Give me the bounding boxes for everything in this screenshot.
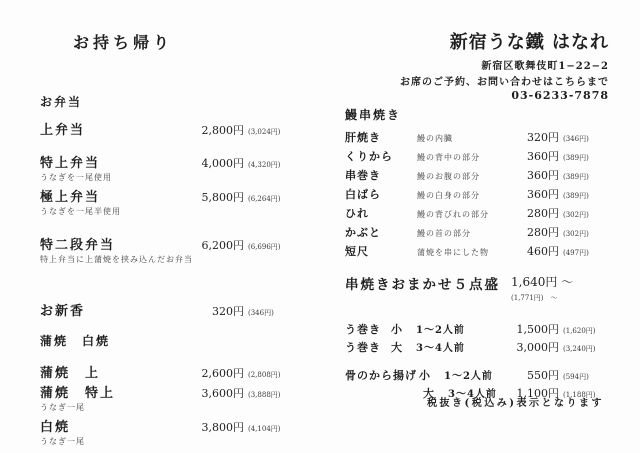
price-main: 5,800円 bbox=[192, 189, 244, 205]
item-note: うなぎを一尾半使用 bbox=[40, 206, 294, 217]
skewer-row-kabuto: かぶと 鰻の首の部分 280円 (302円) bbox=[345, 224, 609, 240]
item-name: う巻き bbox=[345, 321, 381, 337]
umaki-small-row: う巻き 小 1～2人前 1,500円 (1,620円) bbox=[345, 321, 609, 337]
price-tax-included: (389円) bbox=[559, 172, 609, 182]
takeout-menu-page: お持ち帰り お弁当 上弁当 2,800円 (3,024円) 特上弁当 4,000… bbox=[0, 0, 640, 453]
item-note: うなぎを一尾使用 bbox=[40, 172, 294, 183]
price-main: 3,000円 bbox=[507, 339, 559, 355]
takeout-title: お持ち帰り bbox=[73, 30, 294, 53]
item-description: 鰻の背中の部分 bbox=[417, 152, 507, 163]
item-price: 3,000円 (3,240円) bbox=[507, 339, 609, 355]
shop-name: 新宿うな鐵 はなれ bbox=[345, 28, 609, 54]
restaurant-column: 新宿うな鐵 はなれ 新宿区歌舞伎町1−22−2 お席のご予約、お問い合わせはこち… bbox=[345, 28, 609, 401]
item-price: 6,200円 (6,696円) bbox=[192, 237, 294, 253]
price-tax-included: (6,696円) bbox=[244, 242, 294, 252]
shop-phone-number: 03-6233-7878 bbox=[345, 89, 609, 102]
item-price: 320円 (346円) bbox=[192, 303, 294, 319]
item-name: 肝焼き bbox=[345, 129, 417, 145]
item-name: かぶと bbox=[345, 224, 417, 240]
price-main: 2,800円 bbox=[192, 122, 244, 138]
size-label: 小 bbox=[419, 367, 430, 383]
price-tax-included: (302円) bbox=[559, 229, 609, 239]
item-description: 鰻の内臓 bbox=[417, 133, 507, 144]
price-main: 360円 bbox=[507, 148, 559, 164]
bento-section-heading: お弁当 bbox=[40, 93, 294, 110]
price-tax-included: (302円) bbox=[559, 210, 609, 220]
price-main: 3,800円 bbox=[192, 419, 244, 435]
shop-address: 新宿区歌舞伎町1−22−2 bbox=[345, 57, 609, 72]
item-price: 2,600円 (2,808円) bbox=[192, 365, 294, 381]
skewer-row-shirobara: 白ばら 鰻の白身の部分 360円 (389円) bbox=[345, 186, 609, 202]
item-price: 2,800円 (3,024円) bbox=[192, 122, 294, 138]
item-description: 鰻の白身の部分 bbox=[417, 190, 507, 201]
item-name: 串巻き bbox=[345, 167, 417, 183]
item-price: 5,800円 (6,264円) bbox=[192, 189, 294, 205]
menu-item-row-oshinko: お新香 320円 (346円) bbox=[40, 300, 294, 319]
skewer-row-hire: ひれ 鰻の背びれの部分 280円 (302円) bbox=[345, 205, 609, 221]
price-tax-included: (4,104円) bbox=[244, 424, 294, 434]
price-tax-included: (594円) bbox=[559, 372, 609, 382]
kushiyaki-section-heading: 鰻串焼き bbox=[345, 106, 609, 123]
price-main: 6,200円 bbox=[192, 237, 244, 253]
price-main: 4,000円 bbox=[192, 155, 244, 171]
shop-contact-note: お席のご予約、お問い合わせはこちらまで bbox=[345, 73, 609, 88]
skewer-row-kushimaki: 串巻き 鰻のお腹の部分 360円 (389円) bbox=[345, 167, 609, 183]
menu-item-row-tokunidan-bento: 特二段弁当 6,200円 (6,696円) bbox=[40, 234, 294, 253]
serving-label: 1～2人前 bbox=[416, 321, 465, 336]
price-main: 2,600円 bbox=[192, 365, 244, 381]
item-name: お新香 bbox=[40, 300, 85, 319]
item-note: うなぎ一尾 bbox=[40, 436, 294, 447]
price-tax-included: (1,771円) ～ bbox=[511, 293, 609, 303]
item-name: 特上弁当 bbox=[40, 152, 100, 171]
skewer-row-kurikara: くりから 鰻の背中の部分 360円 (389円) bbox=[345, 148, 609, 164]
tax-display-note: 税抜き(税込み)表示となります bbox=[0, 394, 604, 409]
price-tax-included: (6,264円) bbox=[244, 194, 294, 204]
item-name: くりから bbox=[345, 148, 417, 164]
item-name: 短尺 bbox=[345, 243, 417, 259]
item-price: 1,500円 (1,620円) bbox=[507, 321, 609, 337]
shop-header: 新宿うな鐵 はなれ 新宿区歌舞伎町1−22−2 お席のご予約、お問い合わせはこち… bbox=[345, 28, 609, 102]
item-price: 280円 (302円) bbox=[507, 205, 609, 221]
item-description: 鰻のお腹の部分 bbox=[417, 171, 507, 182]
item-note: 特上弁当に上蒲焼を挟み込んだお弁当 bbox=[40, 254, 294, 265]
item-price: 3,800円 (4,104円) bbox=[192, 419, 294, 435]
price-main: 460円 bbox=[507, 243, 559, 259]
price-main: 360円 bbox=[507, 167, 559, 183]
item-price: 360円 (389円) bbox=[507, 167, 609, 183]
price-main: 320円 bbox=[192, 303, 244, 319]
item-description: 鰻の背びれの部分 bbox=[417, 209, 507, 220]
skewer-row-kimoyaki: 肝焼き 鰻の内臓 320円 (346円) bbox=[345, 129, 609, 145]
item-name: 特二段弁当 bbox=[40, 234, 115, 253]
price-main: 1,500円 bbox=[507, 321, 559, 337]
price-tax-included: (497円) bbox=[559, 248, 609, 258]
item-name: 極上弁当 bbox=[40, 186, 100, 205]
size-label: 大 bbox=[391, 339, 402, 355]
karaage-small-row: 骨のから揚げ 小 1～2人前 550円 (594円) bbox=[345, 367, 609, 383]
item-name: う巻き bbox=[345, 339, 381, 355]
size-label: 小 bbox=[391, 321, 402, 337]
serving-label: 1～2人前 bbox=[444, 367, 493, 382]
omakase-set-row: 串焼きおまかせ５点盛 1,640円 ～ (1,771円) ～ bbox=[345, 273, 609, 303]
item-price: 4,000円 (4,320円) bbox=[192, 155, 294, 171]
menu-item-row-gokujo-bento: 極上弁当 5,800円 (6,264円) bbox=[40, 186, 294, 205]
item-price: 280円 (302円) bbox=[507, 224, 609, 240]
item-name: ひれ bbox=[345, 205, 417, 221]
item-name: 白焼 bbox=[40, 416, 70, 435]
menu-item-row-tokujo-bento: 特上弁当 4,000円 (4,320円) bbox=[40, 152, 294, 171]
item-description: 鰻の首の部分 bbox=[417, 228, 507, 239]
item-price: 360円 (389円) bbox=[507, 186, 609, 202]
item-price: 550円 (594円) bbox=[507, 367, 609, 383]
item-price: 1,640円 ～ (1,771円) ～ bbox=[511, 273, 609, 303]
price-main: 1,640円 ～ bbox=[511, 273, 609, 290]
price-tax-included: (1,620円) bbox=[559, 326, 609, 336]
kabayaki-section-heading: 蒲焼 白焼 bbox=[40, 332, 294, 349]
price-tax-included: (389円) bbox=[559, 153, 609, 163]
item-price: 360円 (389円) bbox=[507, 148, 609, 164]
price-main: 320円 bbox=[507, 129, 559, 145]
price-tax-included: (3,024円) bbox=[244, 127, 294, 137]
price-main: 280円 bbox=[507, 224, 559, 240]
price-tax-included: (3,240円) bbox=[559, 344, 609, 354]
menu-item-row-shirayaki: 白焼 3,800円 (4,104円) bbox=[40, 416, 294, 435]
price-tax-included: (346円) bbox=[244, 308, 294, 318]
takeout-column: お持ち帰り お弁当 上弁当 2,800円 (3,024円) 特上弁当 4,000… bbox=[40, 30, 294, 447]
price-tax-included: (4,320円) bbox=[244, 160, 294, 170]
price-tax-included: (346円) bbox=[559, 134, 609, 144]
item-name: 蒲焼 上 bbox=[40, 362, 100, 381]
price-tax-included: (389円) bbox=[559, 191, 609, 201]
umaki-large-row: う巻き 大 3～4人前 3,000円 (3,240円) bbox=[345, 339, 609, 355]
menu-item-row-jo-bento: 上弁当 2,800円 (3,024円) bbox=[40, 119, 294, 138]
item-name: 白ばら bbox=[345, 186, 417, 202]
skewer-row-tanzaku: 短尺 蒲焼を串にした物 460円 (497円) bbox=[345, 243, 609, 259]
item-name: 串焼きおまかせ５点盛 bbox=[345, 273, 500, 293]
item-description: 蒲焼を串にした物 bbox=[417, 247, 507, 258]
price-main: 280円 bbox=[507, 205, 559, 221]
price-main: 550円 bbox=[507, 367, 559, 383]
item-name: 骨のから揚げ bbox=[345, 367, 417, 383]
serving-label: 3～4人前 bbox=[416, 339, 465, 354]
price-tax-included: (2,808円) bbox=[244, 370, 294, 380]
item-price: 320円 (346円) bbox=[507, 129, 609, 145]
menu-item-row-kabayaki-jo: 蒲焼 上 2,600円 (2,808円) bbox=[40, 362, 294, 381]
item-price: 460円 (497円) bbox=[507, 243, 609, 259]
price-main: 360円 bbox=[507, 186, 559, 202]
item-name: 上弁当 bbox=[40, 119, 85, 138]
